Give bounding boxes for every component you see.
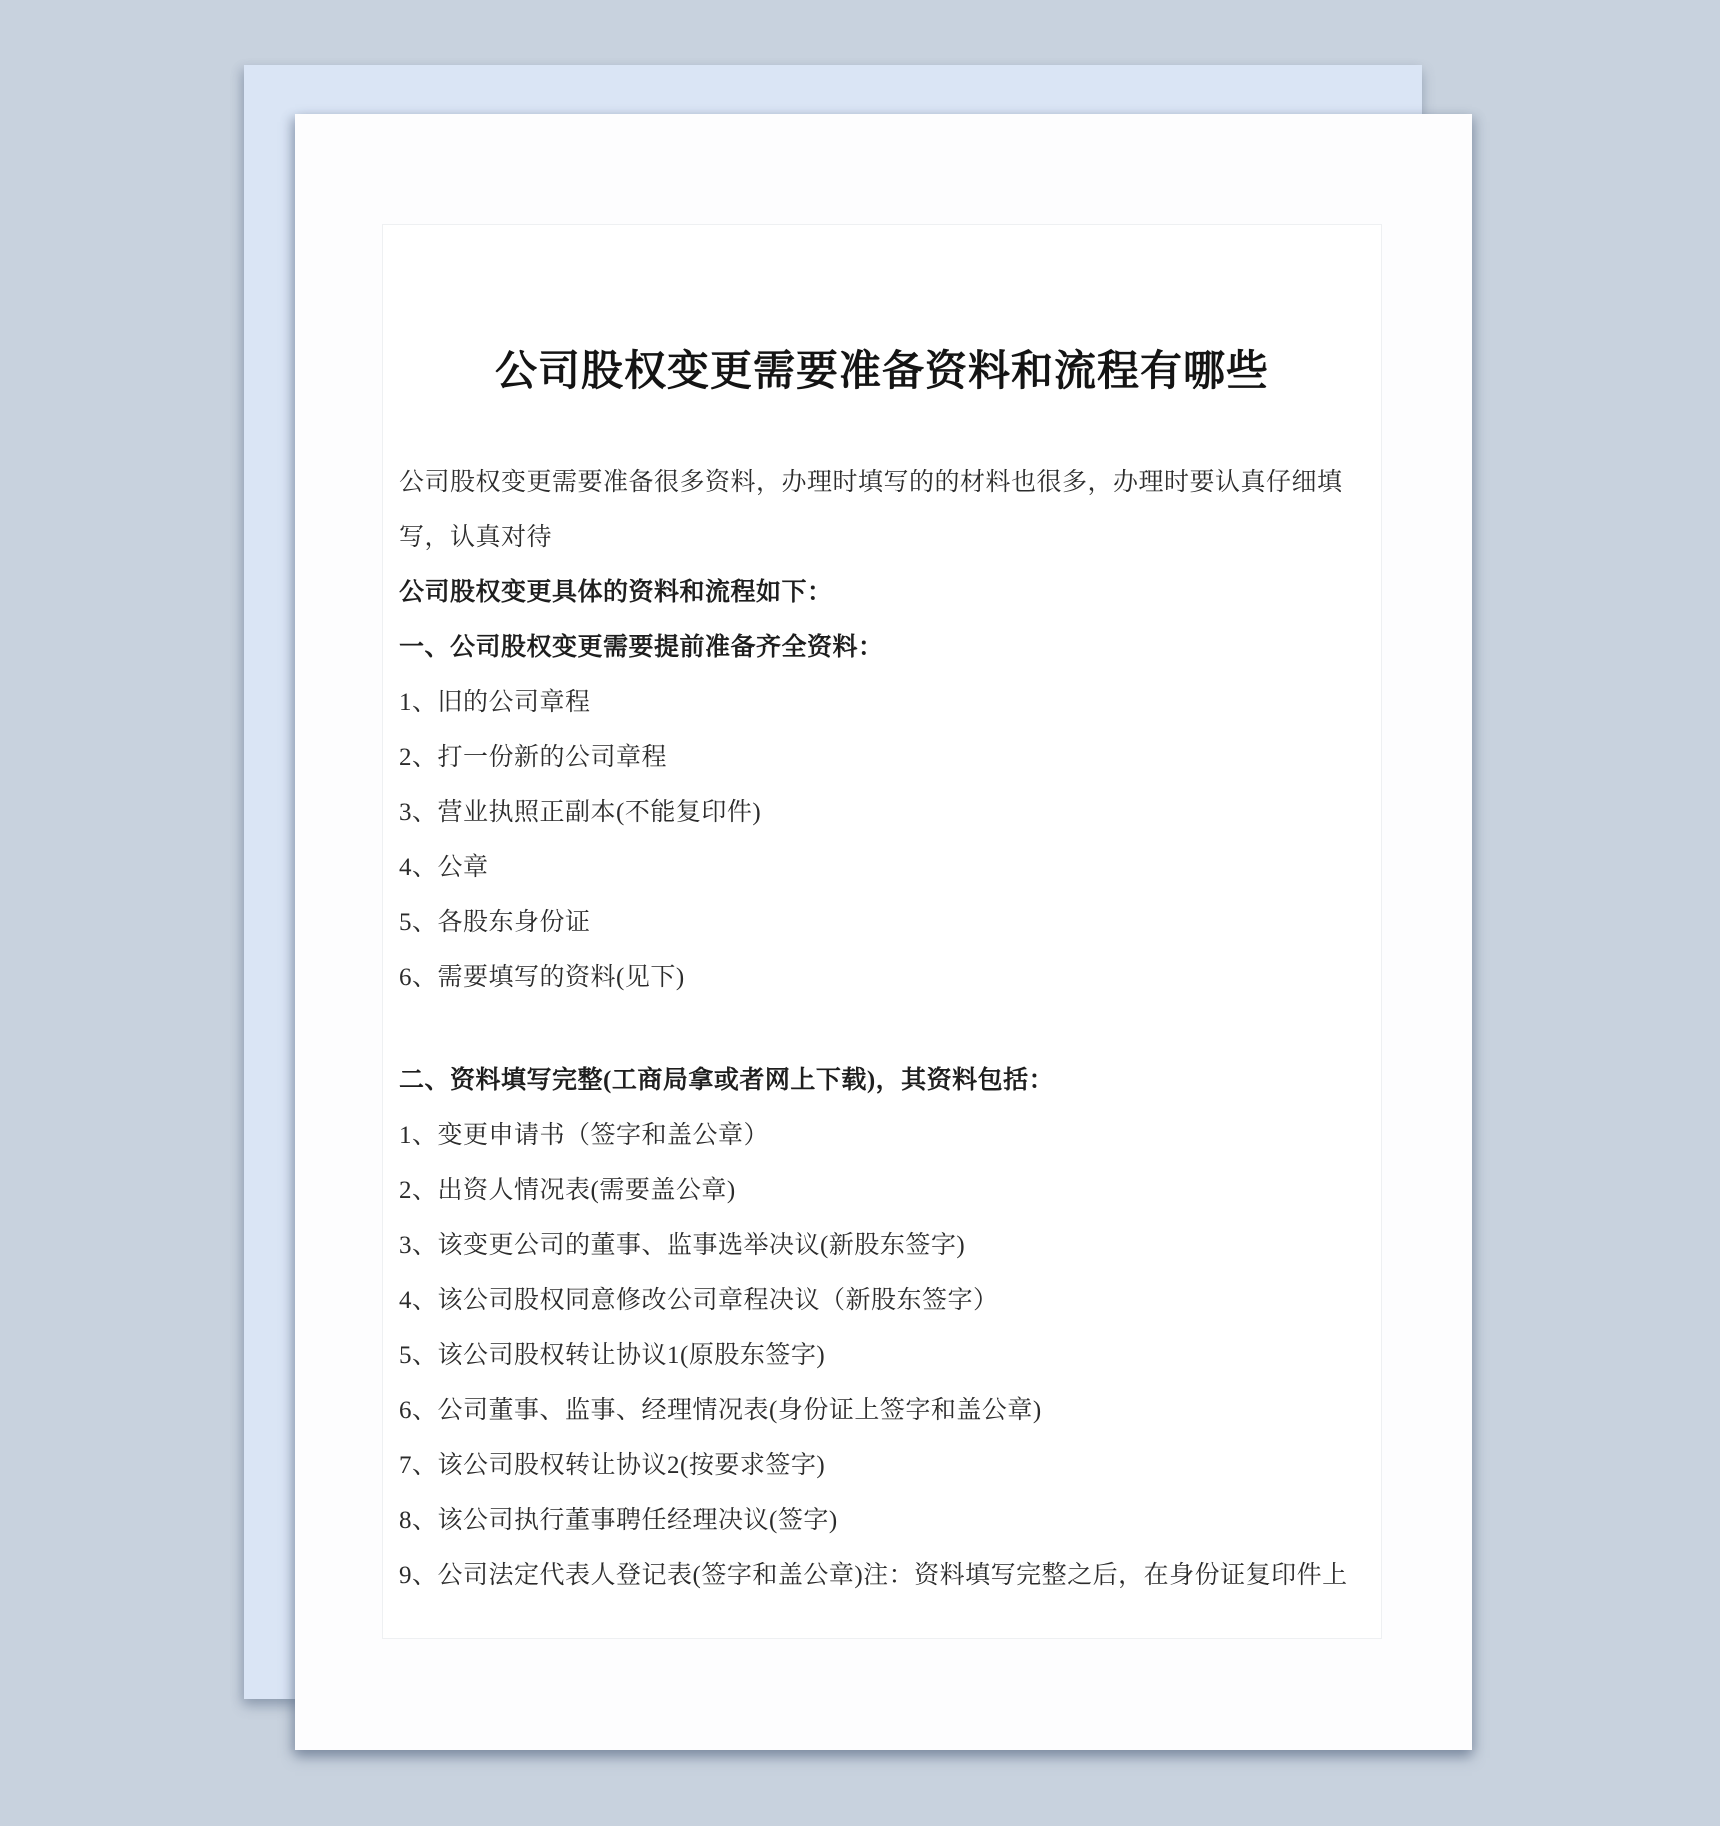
document-content-area: 公司股权变更需要准备资料和流程有哪些 公司股权变更需要准备很多资料，办理时填写的…	[382, 224, 1382, 1639]
list-item: 5、各股东身份证	[399, 895, 1365, 950]
desktop-background: 公司股权变更需要准备资料和流程有哪些 公司股权变更需要准备很多资料，办理时填写的…	[0, 0, 1720, 1826]
list-item: 1、旧的公司章程	[399, 675, 1365, 730]
document-page: 公司股权变更需要准备资料和流程有哪些 公司股权变更需要准备很多资料，办理时填写的…	[295, 114, 1472, 1750]
intro-line-1: 公司股权变更需要准备很多资料，办理时填写的的材料也很多，办理时要认真仔细填	[399, 455, 1365, 510]
section1-heading: 一、公司股权变更需要提前准备齐全资料：	[399, 620, 1365, 675]
list-item: 6、需要填写的资料(见下)	[399, 950, 1365, 1005]
list-item: 8、该公司执行董事聘任经理决议(签字)	[399, 1493, 1365, 1548]
document-body: 公司股权变更需要准备很多资料，办理时填写的的材料也很多，办理时要认真仔细填 写，…	[399, 455, 1365, 1603]
intro-line-2: 写，认真对待	[399, 510, 1365, 565]
list-item: 9、公司法定代表人登记表(签字和盖公章)注：资料填写完整之后，在身份证复印件上	[399, 1548, 1365, 1603]
list-item: 6、公司董事、监事、经理情况表(身份证上签字和盖公章)	[399, 1383, 1365, 1438]
section2-heading: 二、资料填写完整(工商局拿或者网上下载)，其资料包括：	[399, 1053, 1365, 1108]
list-item: 7、该公司股权转让协议2(按要求签字)	[399, 1438, 1365, 1493]
list-item: 3、该变更公司的董事、监事选举决议(新股东签字)	[399, 1218, 1365, 1273]
list-item: 2、出资人情况表(需要盖公章)	[399, 1163, 1365, 1218]
list-item: 4、该公司股权同意修改公司章程决议（新股东签字）	[399, 1273, 1365, 1328]
list-item: 1、变更申请书（签字和盖公章）	[399, 1108, 1365, 1163]
subheading: 公司股权变更具体的资料和流程如下：	[399, 565, 1365, 620]
list-item: 3、营业执照正副本(不能复印件)	[399, 785, 1365, 840]
list-item: 2、打一份新的公司章程	[399, 730, 1365, 785]
list-item: 5、该公司股权转让协议1(原股东签字)	[399, 1328, 1365, 1383]
document-title: 公司股权变更需要准备资料和流程有哪些	[399, 342, 1365, 402]
list-item: 4、公章	[399, 840, 1365, 895]
